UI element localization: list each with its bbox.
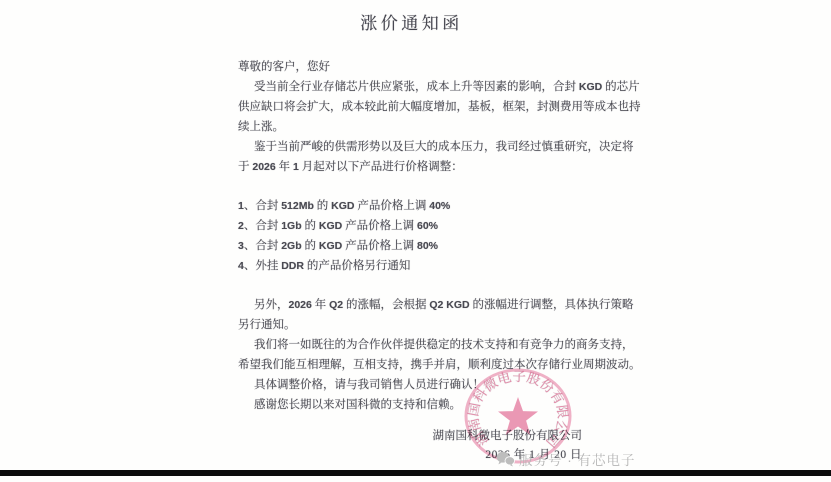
watermark-text: 服务号 · 有芯电子 (519, 449, 636, 469)
document-line: 2、合封 1Gb 的 KGD 产品价格上调 60% (238, 216, 640, 236)
document-line: 1、合封 512Mb 的 KGD 产品价格上调 40% (238, 196, 640, 216)
document-line: 尊敬的客户，您好 (238, 57, 640, 77)
scanned-notice-page: 涨价通知函 尊敬的客户，您好受当前全行业存储芯片供应紧张，成本上升等因素的影响，… (0, 0, 831, 482)
document-line: 供应缺口将会扩大，成本较此前大幅度增加，基板，框架，封测费用等成本也持 (238, 97, 640, 117)
document: 涨价通知函 尊敬的客户，您好受当前全行业存储芯片供应紧张，成本上升等因素的影响，… (0, 0, 831, 482)
document-line: 另行通知。 (238, 315, 640, 335)
footer-divider-bar (0, 470, 831, 476)
wechat-service-icon (496, 451, 515, 467)
document-line: 我们将一如既往的为合作伙伴提供稳定的技术支持和有竞争力的商务支持， (238, 335, 640, 355)
document-line: 于 2026 年 1 月起对以下产品进行价格调整： (238, 157, 640, 177)
seal-star-icon (498, 397, 538, 435)
document-line: 续上涨。 (238, 117, 640, 137)
document-title: 涨价通知函 (0, 9, 823, 34)
document-line: 4、外挂 DDR 的产品价格另行通知 (238, 256, 640, 276)
document-line: 另外，2026 年 Q2 的涨幅，会根据 Q2 KGD 的涨幅进行调整，具体执行… (238, 295, 640, 315)
document-line: 受当前全行业存储芯片供应紧张，成本上升等因素的影响，合封 KGD 的芯片 (238, 77, 640, 97)
watermark: 服务号 · 有芯电子 (496, 449, 636, 469)
document-line: 3、合封 2Gb 的 KGD 产品价格上调 80% (238, 236, 640, 256)
document-line: 鉴于当前严峻的供需形势以及巨大的成本压力，我司经过慎重研究，决定将 (238, 137, 640, 157)
